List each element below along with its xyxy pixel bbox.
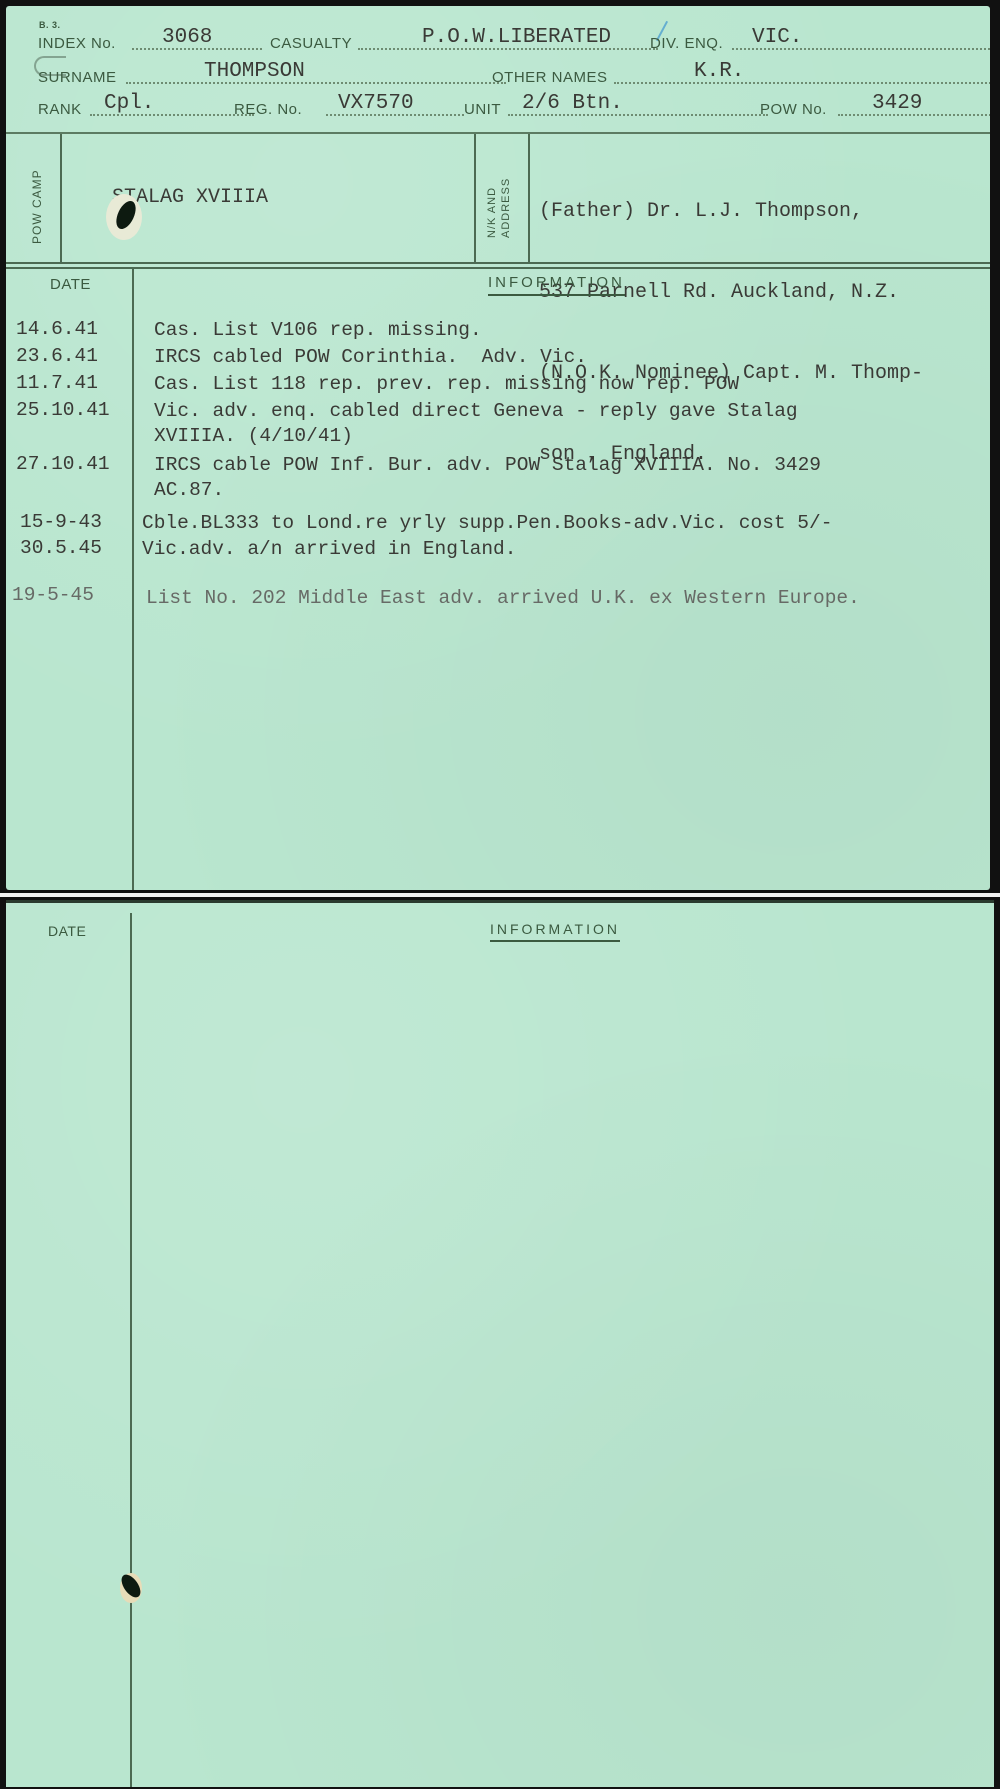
date-header: DATE	[50, 276, 91, 293]
entry-date: 15-9-43	[20, 511, 102, 533]
pow-camp-label: POW CAMP	[30, 169, 44, 244]
dotted-line	[126, 81, 506, 84]
surname-value: THOMPSON	[204, 60, 305, 83]
entry-date: 25.10.41	[16, 399, 110, 421]
nk-label-line2: ADDRESS	[500, 178, 512, 238]
entry-text: IRCS cable POW Inf. Bur. adv. POW Stalag…	[154, 453, 821, 503]
div-enq-value: VIC.	[752, 26, 802, 49]
entry-text: Vic.adv. a/n arrived in England.	[142, 537, 516, 562]
entry-text: Cble.BL333 to Lond.re yrly supp.Pen.Book…	[142, 511, 832, 536]
casualty-value: P.O.W.LIBERATED	[422, 26, 611, 49]
unit-value: 2/6 Btn.	[522, 92, 623, 115]
reg-no-value: VX7570	[338, 92, 414, 115]
rank-value: Cpl.	[104, 92, 154, 115]
pow-camp-section: POW CAMP STALAG XVIIIA N/K AND ADDRESS (…	[6, 132, 990, 264]
entry-date: 23.6.41	[16, 345, 98, 367]
div-enq-label: DIV. ENQ.	[650, 35, 723, 52]
dotted-line	[614, 81, 990, 84]
header-row-2: SURNAME THOMPSON OTHER NAMES K.R.	[36, 62, 970, 90]
other-names-label: OTHER NAMES	[492, 69, 608, 86]
header-row-1: INDEX No. 3068 CASUALTY P.O.W.LIBERATED …	[36, 28, 970, 56]
rank-label: RANK	[38, 101, 82, 118]
back-date-header: DATE	[48, 923, 86, 939]
casualty-label: CASUALTY	[270, 35, 352, 52]
header-row-3: RANK Cpl. REG. No. VX7570 UNIT 2/6 Btn. …	[36, 94, 970, 122]
entry-text: Vic. adv. enq. cabled direct Geneva - re…	[154, 399, 798, 449]
back-information-header: INFORMATION	[490, 921, 620, 942]
date-column-divider	[132, 268, 134, 890]
record-card-front: B. 3. INDEX No. 3068 CASUALTY P.O.W.LIBE…	[6, 6, 990, 890]
entry-date: 19-5-45	[12, 584, 94, 606]
divider	[528, 134, 530, 264]
entry-date: 14.6.41	[16, 318, 98, 340]
date-column-divider	[130, 913, 132, 1787]
pow-no-label: POW No.	[760, 101, 827, 118]
record-card-back: DATE INFORMATION	[6, 900, 994, 1787]
surname-label: SURNAME	[38, 69, 117, 86]
divider	[6, 267, 990, 269]
nk-line: (Father) Dr. L.J. Thompson,	[539, 198, 923, 225]
entry-text: List No. 202 Middle East adv. arrived U.…	[146, 586, 860, 611]
reg-no-label: REG. No.	[234, 101, 302, 118]
pow-no-value: 3429	[872, 92, 922, 115]
nk-label-line1: N/K AND	[486, 187, 498, 238]
index-no-value: 3068	[162, 26, 212, 49]
entry-date: 11.7.41	[16, 372, 98, 394]
divider	[6, 262, 990, 264]
other-names-value: K.R.	[694, 60, 744, 83]
entry-text: Cas. List 118 rep. prev. rep. missing no…	[154, 372, 739, 397]
entry-date: 27.10.41	[16, 453, 110, 475]
information-header: INFORMATION	[488, 274, 625, 296]
index-no-label: INDEX No.	[38, 35, 116, 52]
divider	[474, 134, 476, 264]
entry-text: IRCS cabled POW Corinthia. Adv. Vic.	[154, 345, 587, 370]
divider	[60, 134, 62, 264]
unit-label: UNIT	[464, 101, 501, 118]
entry-date: 30.5.45	[20, 537, 102, 559]
entry-text: Cas. List V106 rep. missing.	[154, 318, 482, 343]
card-separator	[0, 893, 1000, 897]
